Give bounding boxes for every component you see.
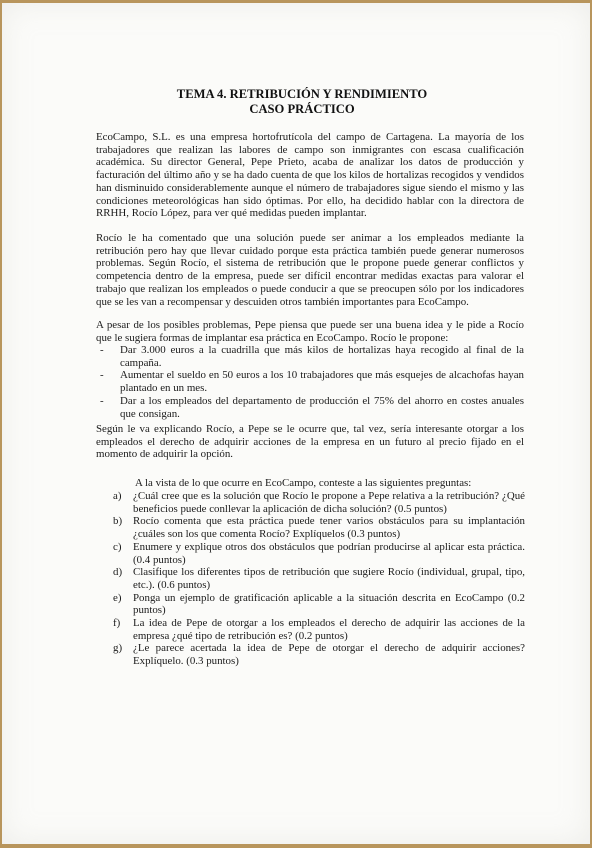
question-text: ¿Cuál cree que es la solución que Rocío …: [133, 490, 525, 515]
question-letter: d): [113, 566, 122, 579]
paragraph-proposal: A pesar de los posibles problemas, Pepe …: [96, 319, 524, 344]
question-letter: b): [113, 515, 122, 528]
question-item: g)¿Le parece acertada la idea de Pepe de…: [113, 642, 525, 667]
list-item: Aumentar el sueldo en 50 euros a los 10 …: [96, 369, 524, 394]
question-text: Ponga un ejemplo de gratificación aplica…: [133, 592, 525, 617]
question-letter: g): [113, 642, 122, 655]
question-text: La idea de Pepe de otorgar a los emplead…: [133, 617, 525, 642]
document-page: TEMA 4. RETRIBUCIÓN Y RENDIMIENTO CASO P…: [2, 3, 590, 844]
question-item: f)La idea de Pepe de otorgar a los emple…: [113, 617, 525, 642]
question-item: d)Clasifique los diferentes tipos de ret…: [113, 566, 525, 591]
question-text: Enumere y explique otros dos obstáculos …: [133, 541, 525, 566]
question-text: ¿Le parece acertada la idea de Pepe de o…: [133, 642, 525, 667]
question-letter: f): [113, 617, 120, 630]
questions-intro: A la vista de lo que ocurre en EcoCampo,…: [135, 477, 535, 490]
question-text: Clasifique los diferentes tipos de retri…: [133, 566, 525, 591]
questions-list: a)¿Cuál cree que es la solución que Rocí…: [113, 490, 525, 668]
question-item: a)¿Cuál cree que es la solución que Rocí…: [113, 490, 525, 515]
question-letter: e): [113, 592, 121, 605]
question-letter: a): [113, 490, 121, 503]
list-item: Dar 3.000 euros a la cuadrilla que más k…: [96, 344, 524, 369]
document-subtitle: CASO PRÁCTICO: [8, 102, 592, 117]
paragraph-stock-options: Según le va explicando Rocío, a Pepe se …: [96, 423, 524, 461]
question-letter: c): [113, 541, 121, 554]
list-item: Dar a los empleados del departamento de …: [96, 395, 524, 420]
proposal-list: Dar 3.000 euros a la cuadrilla que más k…: [96, 344, 524, 420]
paragraph-intro: EcoCampo, S.L. es una empresa hortofrutí…: [96, 131, 524, 220]
document-title: TEMA 4. RETRIBUCIÓN Y RENDIMIENTO: [8, 87, 592, 102]
question-item: c)Enumere y explique otros dos obstáculo…: [113, 541, 525, 566]
question-text: Rocío comenta que esta práctica puede te…: [133, 515, 525, 540]
question-item: e)Ponga un ejemplo de gratificación apli…: [113, 592, 525, 617]
paragraph-problems: Rocío le ha comentado que una solución p…: [96, 232, 524, 308]
question-item: b)Rocío comenta que esta práctica puede …: [113, 515, 525, 540]
